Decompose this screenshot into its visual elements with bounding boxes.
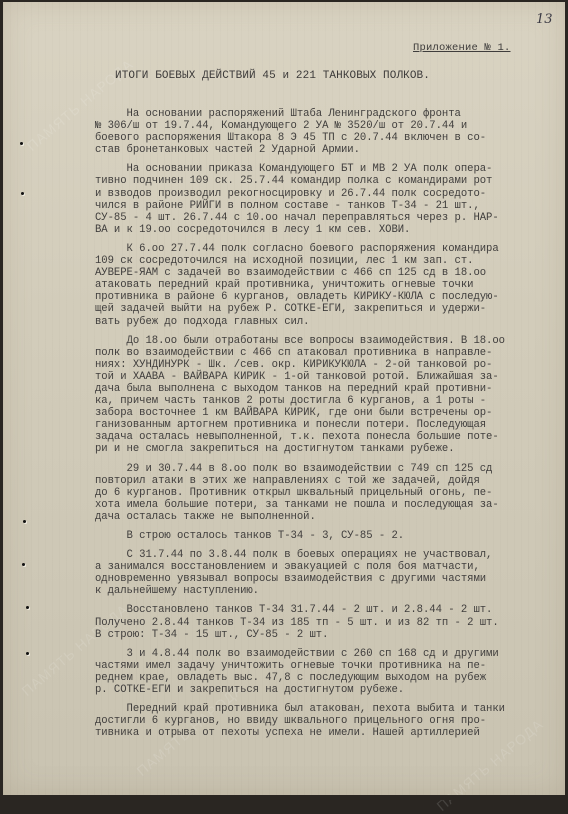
text-line: ганизованным артогнем противника и понес… [95, 419, 551, 431]
punch-hole [23, 520, 26, 523]
text-line: хота имела большие потери, за танками не… [95, 499, 551, 511]
text-line: и взводов производил рекогносцировку и 2… [95, 188, 551, 200]
text-line: 109 ск сосредоточился на исходной позици… [95, 255, 551, 267]
text-line: реднем крае, овладеть выс. 47,8 с послед… [95, 672, 551, 684]
text-line: чился в районе РИЙГИ в полном составе - … [95, 200, 551, 212]
text-line: щей задачей выйти на рубеж Р. СОТКЕ-ЕГИ,… [95, 303, 551, 315]
text-line: дача была выполнена с выходом танков на … [95, 383, 551, 395]
text-line: ВА и к 19.оо сосредоточился в лесу 1 км … [95, 224, 551, 236]
paragraph: В строю осталось танков Т-34 - 3, СУ-85 … [95, 530, 551, 542]
appendix-label: Приложение № 1. [413, 42, 511, 54]
text-line: повторил атаки в этих же направлениях с … [95, 475, 551, 487]
paragraph: С 31.7.44 по 3.8.44 полк в боевых операц… [95, 549, 551, 597]
page-bottom-edge [0, 795, 568, 800]
document-title: ИТОГИ БОЕВЫХ ДЕЙСТВИЙ 45 и 221 ТАНКОВЫХ … [115, 70, 430, 82]
punch-hole [26, 652, 29, 655]
text-line: боевого распоряжения Штакора 8 Э 45 ТП с… [95, 132, 551, 144]
punch-hole [26, 606, 29, 609]
paragraph: На основании приказа Командующего БТ и М… [95, 163, 551, 236]
text-line: к дальнейшему наступлению. [95, 585, 551, 597]
text-line: СУ-85 - 4 шт. 26.7.44 с 10.оо начал пере… [95, 212, 551, 224]
text-line: ка, причем часть танков 2 роты достигла … [95, 395, 551, 407]
text-line: На основании распоряжений Штаба Ленингра… [95, 108, 551, 120]
text-line: В строю осталось танков Т-34 - 3, СУ-85 … [95, 530, 551, 542]
text-line: дача осталась также не выполненной. [95, 511, 551, 523]
text-line: до 6 курганов. Противник открыл шквальны… [95, 487, 551, 499]
text-line: В строю: Т-34 - 15 шт., СУ-85 - 2 шт. [95, 629, 551, 641]
text-line: ри и не смогла закрепиться на достигнуто… [95, 443, 551, 455]
text-line: На основании приказа Командующего БТ и М… [95, 163, 551, 175]
text-line: К 6.оо 27.7.44 полк согласно боевого рас… [95, 243, 551, 255]
text-line: частями имел задачу уничтожить огневые т… [95, 660, 551, 672]
text-line: Получено 2.8.44 танков Т-34 из 185 тп - … [95, 617, 551, 629]
text-line: а занимался восстановлением и эвакуацией… [95, 561, 551, 573]
text-line: атаковать передний край противника, унич… [95, 279, 551, 291]
text-line: той и ХААВА - ВАЙВАРА КИРИК - 1-ой танко… [95, 371, 551, 383]
punch-hole [21, 192, 24, 195]
text-line: достигли 6 курганов, но ввиду шквального… [95, 715, 551, 727]
paragraph: К 6.оо 27.7.44 полк согласно боевого рас… [95, 243, 551, 328]
text-line: р. СОТКЕ-ЕГИ и закрепиться на достигнуто… [95, 684, 551, 696]
text-line: задача осталась невыполненной, т.к. пехо… [95, 431, 551, 443]
punch-hole [20, 142, 23, 145]
text-line: став бронетанковых частей 2 Ударной Арми… [95, 144, 551, 156]
text-line: С 31.7.44 по 3.8.44 полк в боевых операц… [95, 549, 551, 561]
paragraph: 3 и 4.8.44 полк во взаимодействии с 260 … [95, 648, 551, 696]
paragraph: 29 и 30.7.44 в 8.оо полк во взаимодейств… [95, 463, 551, 523]
text-line: До 18.оо были отработаны все вопросы вза… [95, 335, 551, 347]
text-line: Передний край противника был атакован, п… [95, 703, 551, 715]
text-line: АУВЕРЕ-ЯАМ с задачей во взаимодействии с… [95, 267, 551, 279]
text-line: ниях: ХУНДИНУРК - Шк. /сев. окр. КИРИКУК… [95, 359, 551, 371]
text-line: тивника и отрыва от пехоты успеха не име… [95, 727, 551, 739]
text-line: 3 и 4.8.44 полк во взаимодействии с 260 … [95, 648, 551, 660]
text-line: вать рубеж до подхода главных сил. [95, 316, 551, 328]
text-line: полк во взаимодействии с 466 сп атаковал… [95, 347, 551, 359]
document-body: На основании распоряжений Штаба Ленингра… [95, 108, 551, 746]
paragraph: Передний край противника был атакован, п… [95, 703, 551, 739]
text-line: 29 и 30.7.44 в 8.оо полк во взаимодейств… [95, 463, 551, 475]
paragraph: На основании распоряжений Штаба Ленингра… [95, 108, 551, 156]
text-line: № 306/ш от 19.7.44, Командующего 2 УА № … [95, 120, 551, 132]
text-line: одновременно увязывал вопросы взаимодейс… [95, 573, 551, 585]
folio-number: 13 [536, 12, 553, 27]
text-line: Восстановлено танков Т-34 31.7.44 - 2 шт… [95, 604, 551, 616]
paragraph: До 18.оо были отработаны все вопросы вза… [95, 335, 551, 456]
text-line: тивно подчинен 109 ск. 25.7.44 командир … [95, 175, 551, 187]
text-line: противника в районе 6 курганов, овладеть… [95, 291, 551, 303]
punch-hole [22, 563, 25, 566]
text-line: забора восточнее 1 км ВАЙВАРА КИРИК, где… [95, 407, 551, 419]
document-page: ПАМЯТЬ НАРОДА ПАМЯТЬ НАРОДА ПАМЯТЬ НАРОД… [3, 2, 565, 795]
paragraph: Восстановлено танков Т-34 31.7.44 - 2 шт… [95, 604, 551, 640]
